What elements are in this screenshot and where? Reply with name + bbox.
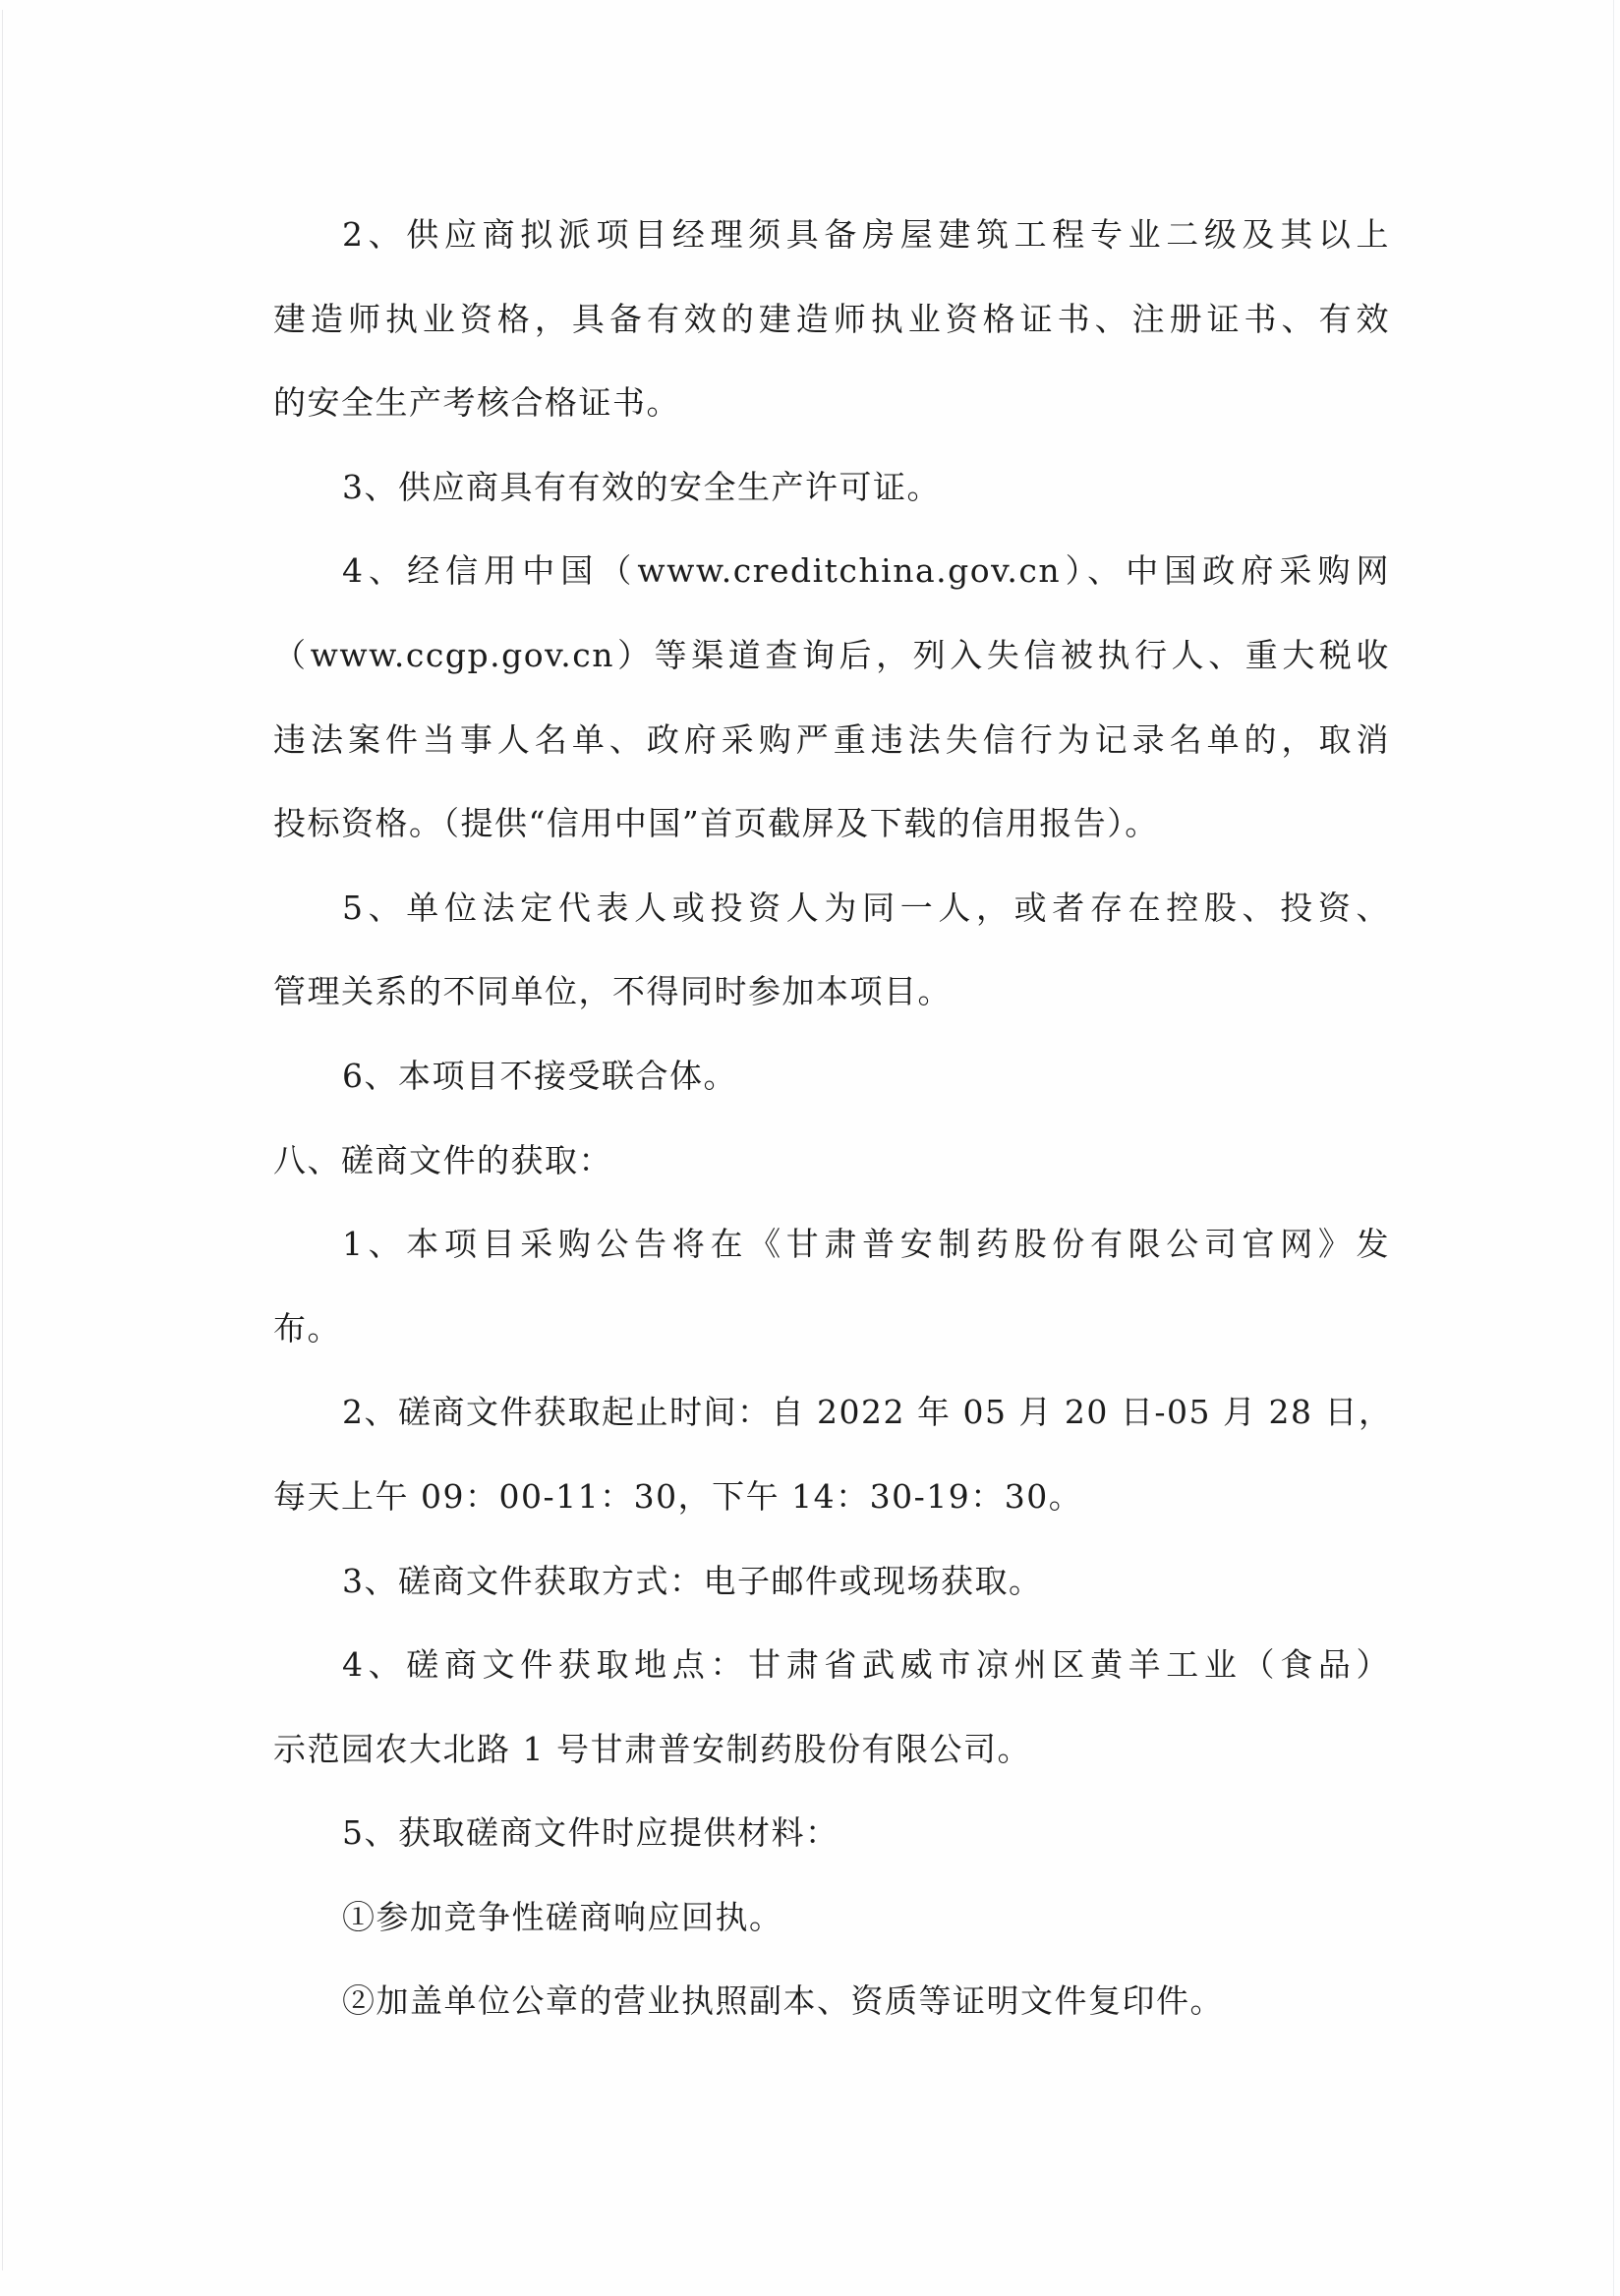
list-item: ②加盖单位公章的营业执照副本、资质等证明文件复印件。 [273, 1979, 1390, 2063]
list-item: ①参加竞争性磋商响应回执。 [273, 1895, 1390, 1980]
paragraph-line: 6、本项目不接受联合体。 [273, 1054, 1390, 1138]
paragraph-line: 3、供应商具有有效的安全生产许可证。 [273, 465, 1390, 549]
paragraph-line: 管理关系的不同单位，不得同时参加本项目。 [273, 969, 1390, 1054]
paragraph-line: 2、供应商拟派项目经理须具备房屋建筑工程专业二级及其以上 [273, 212, 1390, 297]
paragraph-line: 投标资格。（提供“信用中国”首页截屏及下载的信用报告）。 [273, 801, 1390, 886]
paragraph-line: 5、单位法定代表人或投资人为同一人，或者存在控股、投资、 [273, 886, 1390, 970]
paragraph-line: 的安全生产考核合格证书。 [273, 380, 1390, 465]
paragraph-line: 布。 [273, 1306, 1390, 1391]
paragraph-line: 4、经信用中国（www.creditchina.gov.cn）、中国政府采购网 [273, 548, 1390, 633]
page-edge [1613, 0, 1614, 2296]
paragraph-line: （www.ccgp.gov.cn）等渠道查询后，列入失信被执行人、重大税收 [273, 633, 1390, 717]
document-body: 2、供应商拟派项目经理须具备房屋建筑工程专业二级及其以上 建造师执业资格，具备有… [273, 212, 1390, 2063]
paragraph-line: 每天上午 09：00-11：30，下午 14：30-19：30。 [273, 1474, 1390, 1559]
page-edge [2, 10, 3, 2270]
paragraph-line: 5、获取磋商文件时应提供材料： [273, 1810, 1390, 1895]
paragraph-line: 建造师执业资格，具备有效的建造师执业资格证书、注册证书、有效 [273, 297, 1390, 381]
paragraph-line: 示范园农大北路 1 号甘肃普安制药股份有限公司。 [273, 1727, 1390, 1811]
section-heading: 八、磋商文件的获取： [273, 1138, 1390, 1223]
paragraph-line: 4、磋商文件获取地点：甘肃省武威市凉州区黄羊工业（食品） [273, 1642, 1390, 1727]
paragraph-line: 违法案件当事人名单、政府采购严重违法失信行为记录名单的，取消 [273, 717, 1390, 802]
paragraph-line: 3、磋商文件获取方式：电子邮件或现场获取。 [273, 1559, 1390, 1643]
document-page: 2、供应商拟派项目经理须具备房屋建筑工程专业二级及其以上 建造师执业资格，具备有… [0, 0, 1620, 2296]
paragraph-line: 1、本项目采购公告将在《甘肃普安制药股份有限公司官网》发 [273, 1222, 1390, 1306]
paragraph-line: 2、磋商文件获取起止时间：自 2022 年 05 月 20 日-05 月 28 … [273, 1390, 1390, 1474]
